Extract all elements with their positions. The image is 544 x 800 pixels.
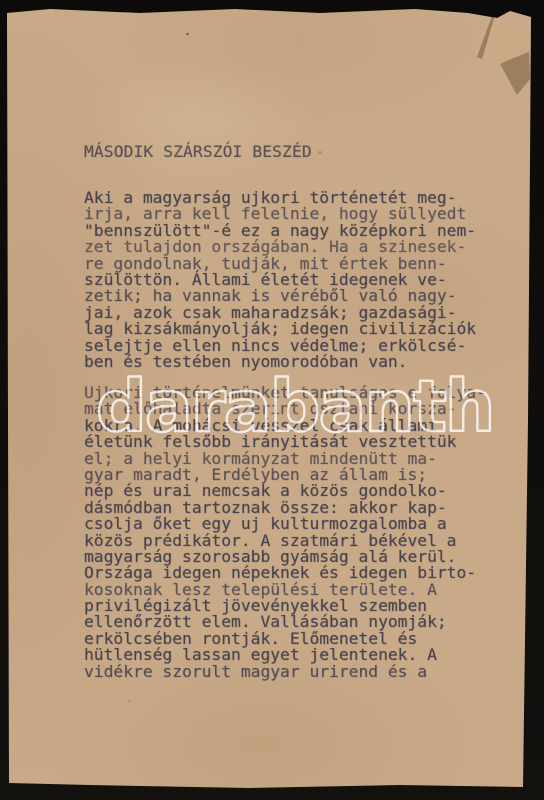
document-title: MÁSODIK SZÁRSZÓI BESZÉD: [84, 142, 312, 161]
paper-speck: [318, 151, 322, 154]
text-line: re gondolnak, tudják, mit értek benn-: [84, 256, 476, 272]
text-line: mat előhaladta szerint osztani korsza-: [84, 401, 486, 417]
paper-speck: [481, 390, 484, 392]
paragraph-2: Ujkori történelmünket tanulságos e folya…: [84, 385, 486, 680]
text-line: gyar maradt, Erdélyben az állam is;: [84, 467, 486, 483]
text-line: vidékre szorult magyar urirend és a: [84, 664, 486, 680]
text-line: irja, arra kell felelnie, hogy süllyedt: [84, 206, 476, 222]
paper-speck: [186, 33, 189, 35]
paper-speck: [128, 700, 131, 702]
paragraph-1: Aki a magyarság ujkori történetét meg- i…: [84, 190, 476, 370]
document-page: MÁSODIK SZÁRSZÓI BESZÉD Aki a magyarság …: [0, 0, 544, 800]
text-line: zetik; ha vannak is véréből való nagy-: [84, 288, 476, 304]
photo-background: MÁSODIK SZÁRSZÓI BESZÉD Aki a magyarság …: [0, 0, 544, 800]
text-line: kosoknak lesz települési területe. A: [84, 582, 486, 598]
text-line: ben és testében nyomorodóban van.: [84, 354, 476, 370]
